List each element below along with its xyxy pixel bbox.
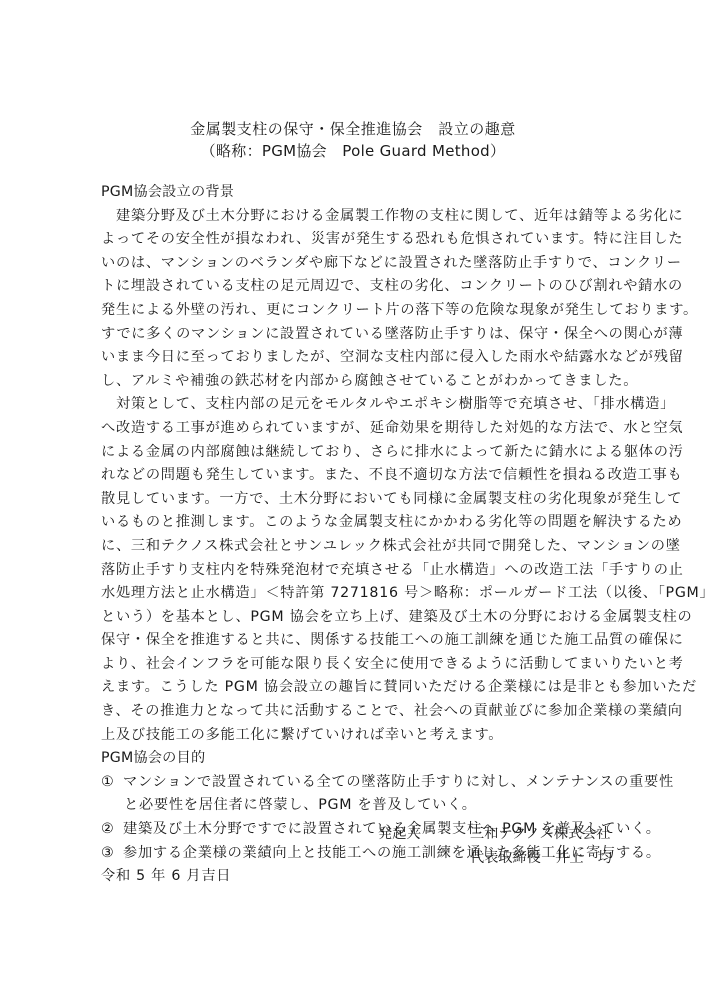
purpose-item-1: ①マンションで設置されている全ての墜落防止手すりに対し、メンテナンスの重要性 (101, 771, 613, 795)
signature-label: 発起人 (378, 822, 470, 846)
background-line: という）を基本とし、PGM 協会を立ち上げ、建築及び土木の分野における金属製支柱… (101, 606, 613, 630)
signature-company: 三和テクノス株式会社 (470, 826, 610, 842)
background-line: 散見しています。一方で、土木分野においても同様に金属製支柱の劣化現象が発生して (101, 488, 613, 512)
background-line: いるものと推測します。このような金属製支柱にかかわる劣化等の問題を解決するため (101, 511, 613, 535)
background-line: いのは、マンションのベランダや廊下などに設置された墜落防止手すりで、コンクリー (101, 252, 613, 276)
background-line: よってその安全性が損なわれ、災害が発生する恐れも危惧されています。特に注目した (101, 228, 613, 252)
document-title: 金属製支柱の保守・保全推進協会 設立の趣意 (0, 118, 706, 140)
item-text: マンションで設置されている全ての墜落防止手すりに対し、メンテナンスの重要性 (123, 774, 674, 790)
background-line: による金属の内部腐蝕は継続しており、さらに排水によって新たに錆水による躯体の汚 (101, 441, 613, 465)
item-number: ① (101, 771, 123, 795)
signature-row-company: 発起人三和テクノス株式会社 (378, 822, 612, 846)
background-line: 発生による外壁の汚れ、更にコンクリート片の落下等の危険な現象が発生しております。 (101, 299, 613, 323)
background-line: トに埋設されている支柱の足元周辺で、支柱の劣化、コンクリートのひび割れや錆水の (101, 275, 613, 299)
background-line: 対策として、支柱内部の足元をモルタルやエポキシ樹脂等で充填させ、「排水構造」 (101, 393, 613, 417)
background-line: より、社会インフラを可能な限り長く安全に使用できるように活動してまいりたいと考 (101, 653, 613, 677)
signature-representative: 代表取締役 井上 均 (470, 850, 612, 866)
background-line: れなどの問題も発生しています。また、不良不適切な方法で信頼性を損ねる改造工事も (101, 464, 613, 488)
background-line: 上及び技能工の多能工化に繋げていければ幸いと考えます。 (101, 724, 613, 748)
background-line: 建築分野及び土木分野における金属製工作物の支柱に関して、近年は錆等よる劣化に (101, 205, 613, 229)
background-line: すでに多くのマンションに設置されている墜落防止手すりは、保守・保全への関心が薄 (101, 323, 613, 347)
background-line: へ改造する工事が進められていますが、延命効果を期待した対処的な方法で、水と空気 (101, 417, 613, 441)
signature-block: 発起人三和テクノス株式会社 代表取締役 井上 均 (378, 822, 612, 870)
document-page: 金属製支柱の保守・保全推進協会 設立の趣意 （略称：PGM協会 Pole Gua… (0, 0, 706, 1000)
document-body: PGM協会設立の背景 建築分野及び土木分野における金属製工作物の支柱に関して、近… (101, 181, 613, 889)
item-number: ③ (101, 842, 123, 866)
signature-row-representative: 代表取締役 井上 均 (378, 846, 612, 870)
purpose-heading: PGM協会の目的 (101, 747, 613, 771)
item-number: ② (101, 818, 123, 842)
background-line: 水処理方法と止水構造」＜特許第 7271816 号＞略称：ポールガード工法（以後… (101, 582, 613, 606)
purpose-item-1-continued: と必要性を居住者に啓蒙し、PGM を普及していく。 (101, 794, 613, 818)
background-line: き、その推進力となって共に活動することで、社会への貢献並びに参加企業様の業績向 (101, 700, 613, 724)
item-text: と必要性を居住者に啓蒙し、PGM を普及していく。 (124, 797, 477, 813)
background-line: 保守・保全を推進すると共に、関係する技能工への施工訓練を通じた施工品質の確保に (101, 629, 613, 653)
background-line: に、三和テクノス株式会社とサンユレック株式会社が共同で開発した、マンションの墜 (101, 535, 613, 559)
document-subtitle: （略称：PGM協会 Pole Guard Method） (0, 140, 706, 162)
background-line: えます。こうした PGM 協会設立の趣旨に賛同いただける企業様には是非とも参加い… (101, 676, 613, 700)
background-line: し、アルミや補強の鉄芯材を内部から腐蝕させていることがわかってきました。 (101, 370, 613, 394)
background-heading: PGM協会設立の背景 (101, 181, 613, 205)
background-line: 落防止手すり支柱内を特殊発泡材で充填させる「止水構造」への改造工法「手すりの止 (101, 559, 613, 583)
title-block: 金属製支柱の保守・保全推進協会 設立の趣意 （略称：PGM協会 Pole Gua… (0, 118, 706, 162)
background-line: いまま今日に至っておりましたが、空洞な支柱内部に侵入した雨水や結露水などが残留 (101, 346, 613, 370)
